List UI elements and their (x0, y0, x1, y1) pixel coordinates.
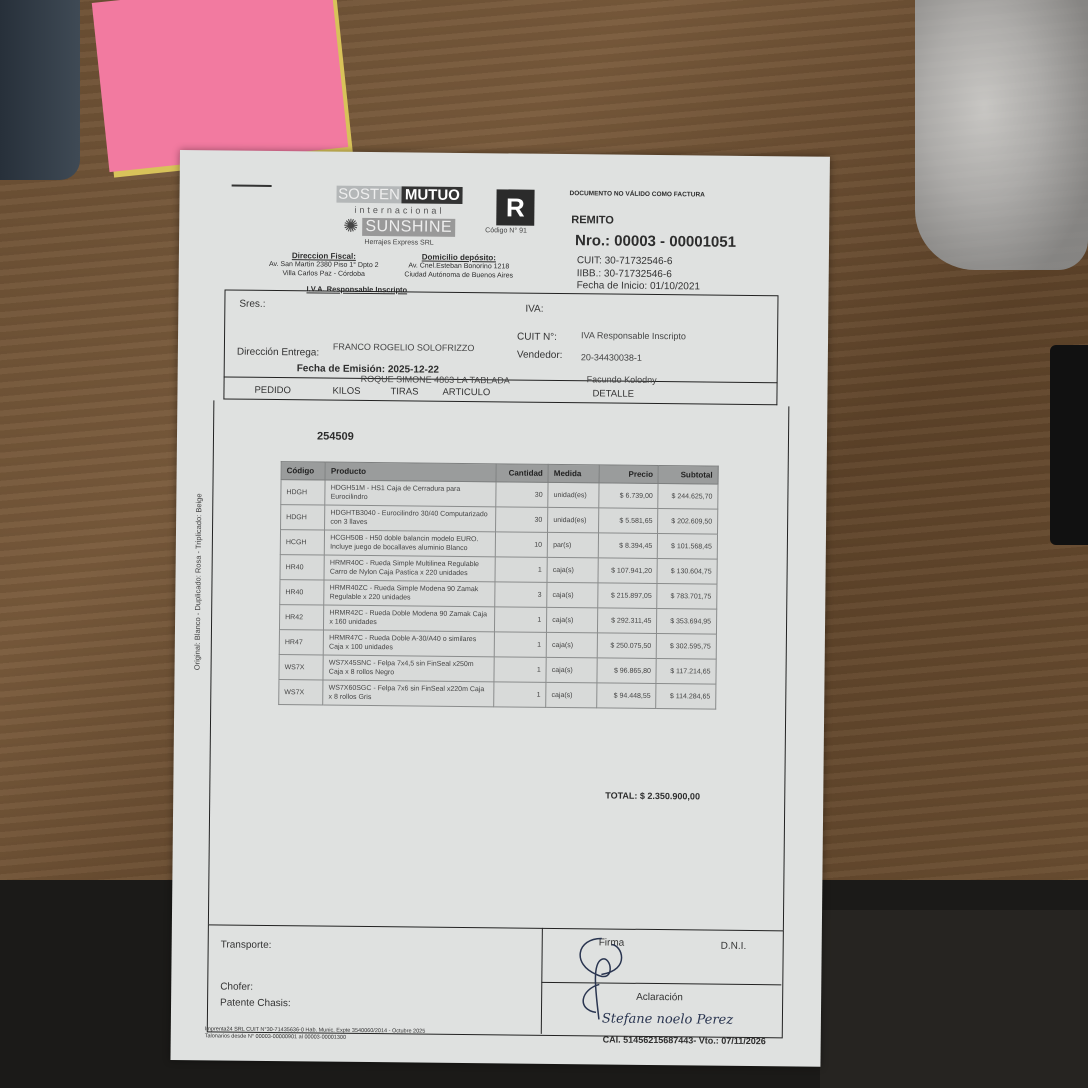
table-cell: HCGH50B - H50 doble balancin modelo EURO… (325, 530, 496, 557)
table-cell: WS7X (279, 680, 324, 705)
iva-label: IVA: (525, 304, 543, 315)
doc-notice: DOCUMENTO NO VÁLIDO COMO FACTURA (570, 190, 705, 198)
table-cell: HDGH (281, 480, 326, 505)
table-cell: 10 (496, 532, 548, 558)
company-cuit: CUIT: 30-71732546-6 (577, 255, 701, 269)
pedido-number: 254509 (317, 430, 354, 442)
table-cell: $ 117.214,65 (656, 659, 716, 685)
column-header: Cantidad (496, 464, 548, 483)
table-cell: 1 (495, 557, 547, 583)
fecha-inicio: Fecha de Inicio: 01/10/2021 (577, 280, 701, 294)
codigo-number: Código N° 91 (485, 227, 527, 234)
table-cell: HCGH (280, 530, 325, 555)
cai-number: CAI. 51456215687443- Vto.: 07/11/2026 (603, 1034, 766, 1046)
table-cell: $ 292.311,45 (597, 608, 657, 634)
table-cell: caja(s) (547, 557, 598, 583)
table-cell: 30 (496, 507, 548, 533)
table-cell: caja(s) (547, 607, 598, 633)
table-cell: $ 302.595,75 (657, 634, 717, 660)
column-header: Precio (599, 465, 659, 484)
floor-shadow-right (820, 910, 1088, 1088)
table-cell: WS7X60SGC - Felpa 7x6 sin FinSeal x220m … (323, 680, 494, 707)
remito-document: SOSTENMUTUO internacional ✺SUNSHINE Herr… (170, 150, 829, 1067)
table-cell: $ 6.739,00 (599, 483, 659, 509)
table-cell: $ 94.448,55 (596, 683, 656, 709)
table-cell: caja(s) (546, 657, 597, 683)
table-cell: 1 (494, 657, 546, 683)
dni-label: D.N.I. (721, 941, 747, 952)
table-cell: $ 96.865,80 (597, 658, 657, 684)
patente-label: Patente Chasis: (220, 997, 291, 1009)
table-cell: HR40 (280, 555, 325, 580)
table-cell: $ 8.394,45 (598, 533, 658, 559)
table-cell: HR42 (279, 605, 324, 630)
direccion-label: Dirección Entrega: (237, 347, 319, 359)
fiscal-line-2: Villa Carlos Paz - Córdoba (249, 269, 399, 280)
table-cell: unidad(es) (548, 507, 599, 533)
table-cell: $ 244.625,70 (658, 484, 718, 510)
logo-word-2: MUTUO (402, 186, 463, 204)
doc-type: REMITO (571, 214, 614, 226)
total-amount: TOTAL: $ 2.350.900,00 (605, 790, 700, 801)
table-cell: HDGH51M - HS1 Caja de Cerradura para Eur… (325, 480, 496, 507)
col-tiras: TIRAS (390, 386, 418, 397)
client-cuit: 20-34430038-1 (581, 352, 642, 363)
company-tax-info: CUIT: 30-71732546-6 IIBB.: 30-71732546-6… (577, 255, 701, 294)
column-header: Producto (325, 462, 496, 482)
vendedor-label: Vendedor: (517, 350, 563, 361)
company-logo: SOSTENMUTUO internacional ✺SUNSHINE Herr… (337, 186, 462, 247)
company-name: Herrajes Express SRL (337, 239, 461, 247)
pink-sticky-notes (92, 0, 348, 172)
table-cell: 30 (496, 482, 548, 508)
column-header: Código (281, 462, 325, 480)
logo-word-1: SOSTEN (336, 186, 402, 204)
column-header: Subtotal (658, 466, 718, 485)
table-cell: par(s) (547, 532, 598, 558)
black-clip (1050, 345, 1088, 545)
doc-number: Nro.: 00003 - 00001051 (575, 232, 736, 251)
table-cell: 1 (494, 682, 546, 708)
dark-plastic-bag (0, 0, 80, 180)
table-cell: HR47 (279, 630, 324, 655)
divider (232, 185, 272, 187)
sres-label: Sres.: (239, 299, 265, 310)
iva-value: IVA Responsable Inscripto (581, 330, 686, 341)
chofer-label: Chofer: (220, 981, 253, 992)
table-cell: $ 215.897,05 (598, 583, 658, 609)
table-cell: HRMR40C - Rueda Simple Multilinea Regula… (324, 555, 495, 582)
table-cell: caja(s) (546, 632, 597, 658)
deposit-address: Domicilio depósito: Av. Cnel.Esteban Bon… (389, 252, 529, 280)
table-cell: caja(s) (546, 682, 597, 708)
delivery-address: ROQUE SIMONE 4863 LA TABLADA (361, 374, 510, 386)
table-row: WS7XWS7X60SGC - Felpa 7x6 sin FinSeal x2… (279, 680, 716, 710)
printer-info: Imprenta24 SRL CUIT N°30-71435636-0 Hab.… (205, 1026, 426, 1042)
table-cell: $ 202.609,50 (658, 509, 718, 535)
table-cell: WS7X (279, 655, 324, 680)
table-cell: HRMR42C - Rueda Doble Modena 90 Zamak Ca… (324, 605, 495, 632)
table-cell: caja(s) (547, 582, 598, 608)
logo-tagline: internacional (337, 205, 461, 216)
vendedor-name: Facundo Kolodny (587, 374, 657, 385)
table-cell: $ 114.284,65 (656, 684, 716, 710)
table-cell: HDGHTB3040 - Eurocilindro 30/40 Computar… (325, 505, 496, 532)
items-table: CódigoProductoCantidadMedidaPrecioSubtot… (278, 461, 719, 710)
fiscal-address: Direccion Fiscal: Av. San Martin 2380 Pi… (249, 251, 399, 280)
table-cell: 1 (495, 607, 547, 633)
cuit-label: CUIT N°: (517, 332, 557, 343)
transporte-label: Transporte: (221, 939, 272, 951)
col-detalle: DETALLE (592, 388, 634, 399)
table-cell: $ 101.568,45 (658, 534, 718, 560)
copies-note: Original: Blanco - Duplicado: Rosa - Tri… (193, 493, 204, 670)
table-cell: HDGH (281, 505, 326, 530)
col-pedido: PEDIDO (254, 385, 291, 396)
col-kilos: KILOS (332, 386, 360, 397)
document-letter: R (496, 189, 534, 225)
sun-icon: ✺ (343, 216, 358, 237)
table-cell: $ 5.581,65 (598, 508, 658, 534)
table-cell: $ 353.694,95 (657, 609, 717, 635)
logo-brand: SUNSHINE (362, 217, 455, 236)
table-cell: $ 783.701,75 (657, 584, 717, 610)
table-cell: HR40 (280, 580, 325, 605)
table-cell: HRMR47C - Rueda Doble A-30/A40 o similar… (323, 630, 494, 657)
deposit-line-2: Ciudad Autónoma de Buenos Aires (389, 270, 529, 280)
table-cell: unidad(es) (548, 482, 599, 508)
table-cell: $ 250.075,50 (597, 633, 657, 659)
client-name: FRANCO ROGELIO SOLOFRIZZO (333, 342, 475, 353)
table-cell: $ 130.604,75 (657, 559, 717, 585)
table-cell: 3 (495, 582, 547, 608)
footer-box: Transporte: Chofer: Patente Chasis: Firm… (207, 924, 784, 1038)
table-cell: 1 (494, 632, 546, 658)
table-cell: HRMR40ZC - Rueda Simple Modena 90 Zamak … (324, 580, 495, 607)
plastic-bag (915, 0, 1088, 270)
col-articulo: ARTICULO (442, 387, 490, 399)
client-box: Sres.: IVA: CUIT N°: IVA Responsable Ins… (224, 289, 779, 383)
signature-scribble (571, 934, 662, 1025)
table-cell: $ 107.941,20 (598, 558, 658, 584)
table-cell: WS7X45SNC - Felpa 7x4,5 sin FinSeal x250… (323, 655, 494, 682)
column-header: Medida (548, 464, 599, 483)
